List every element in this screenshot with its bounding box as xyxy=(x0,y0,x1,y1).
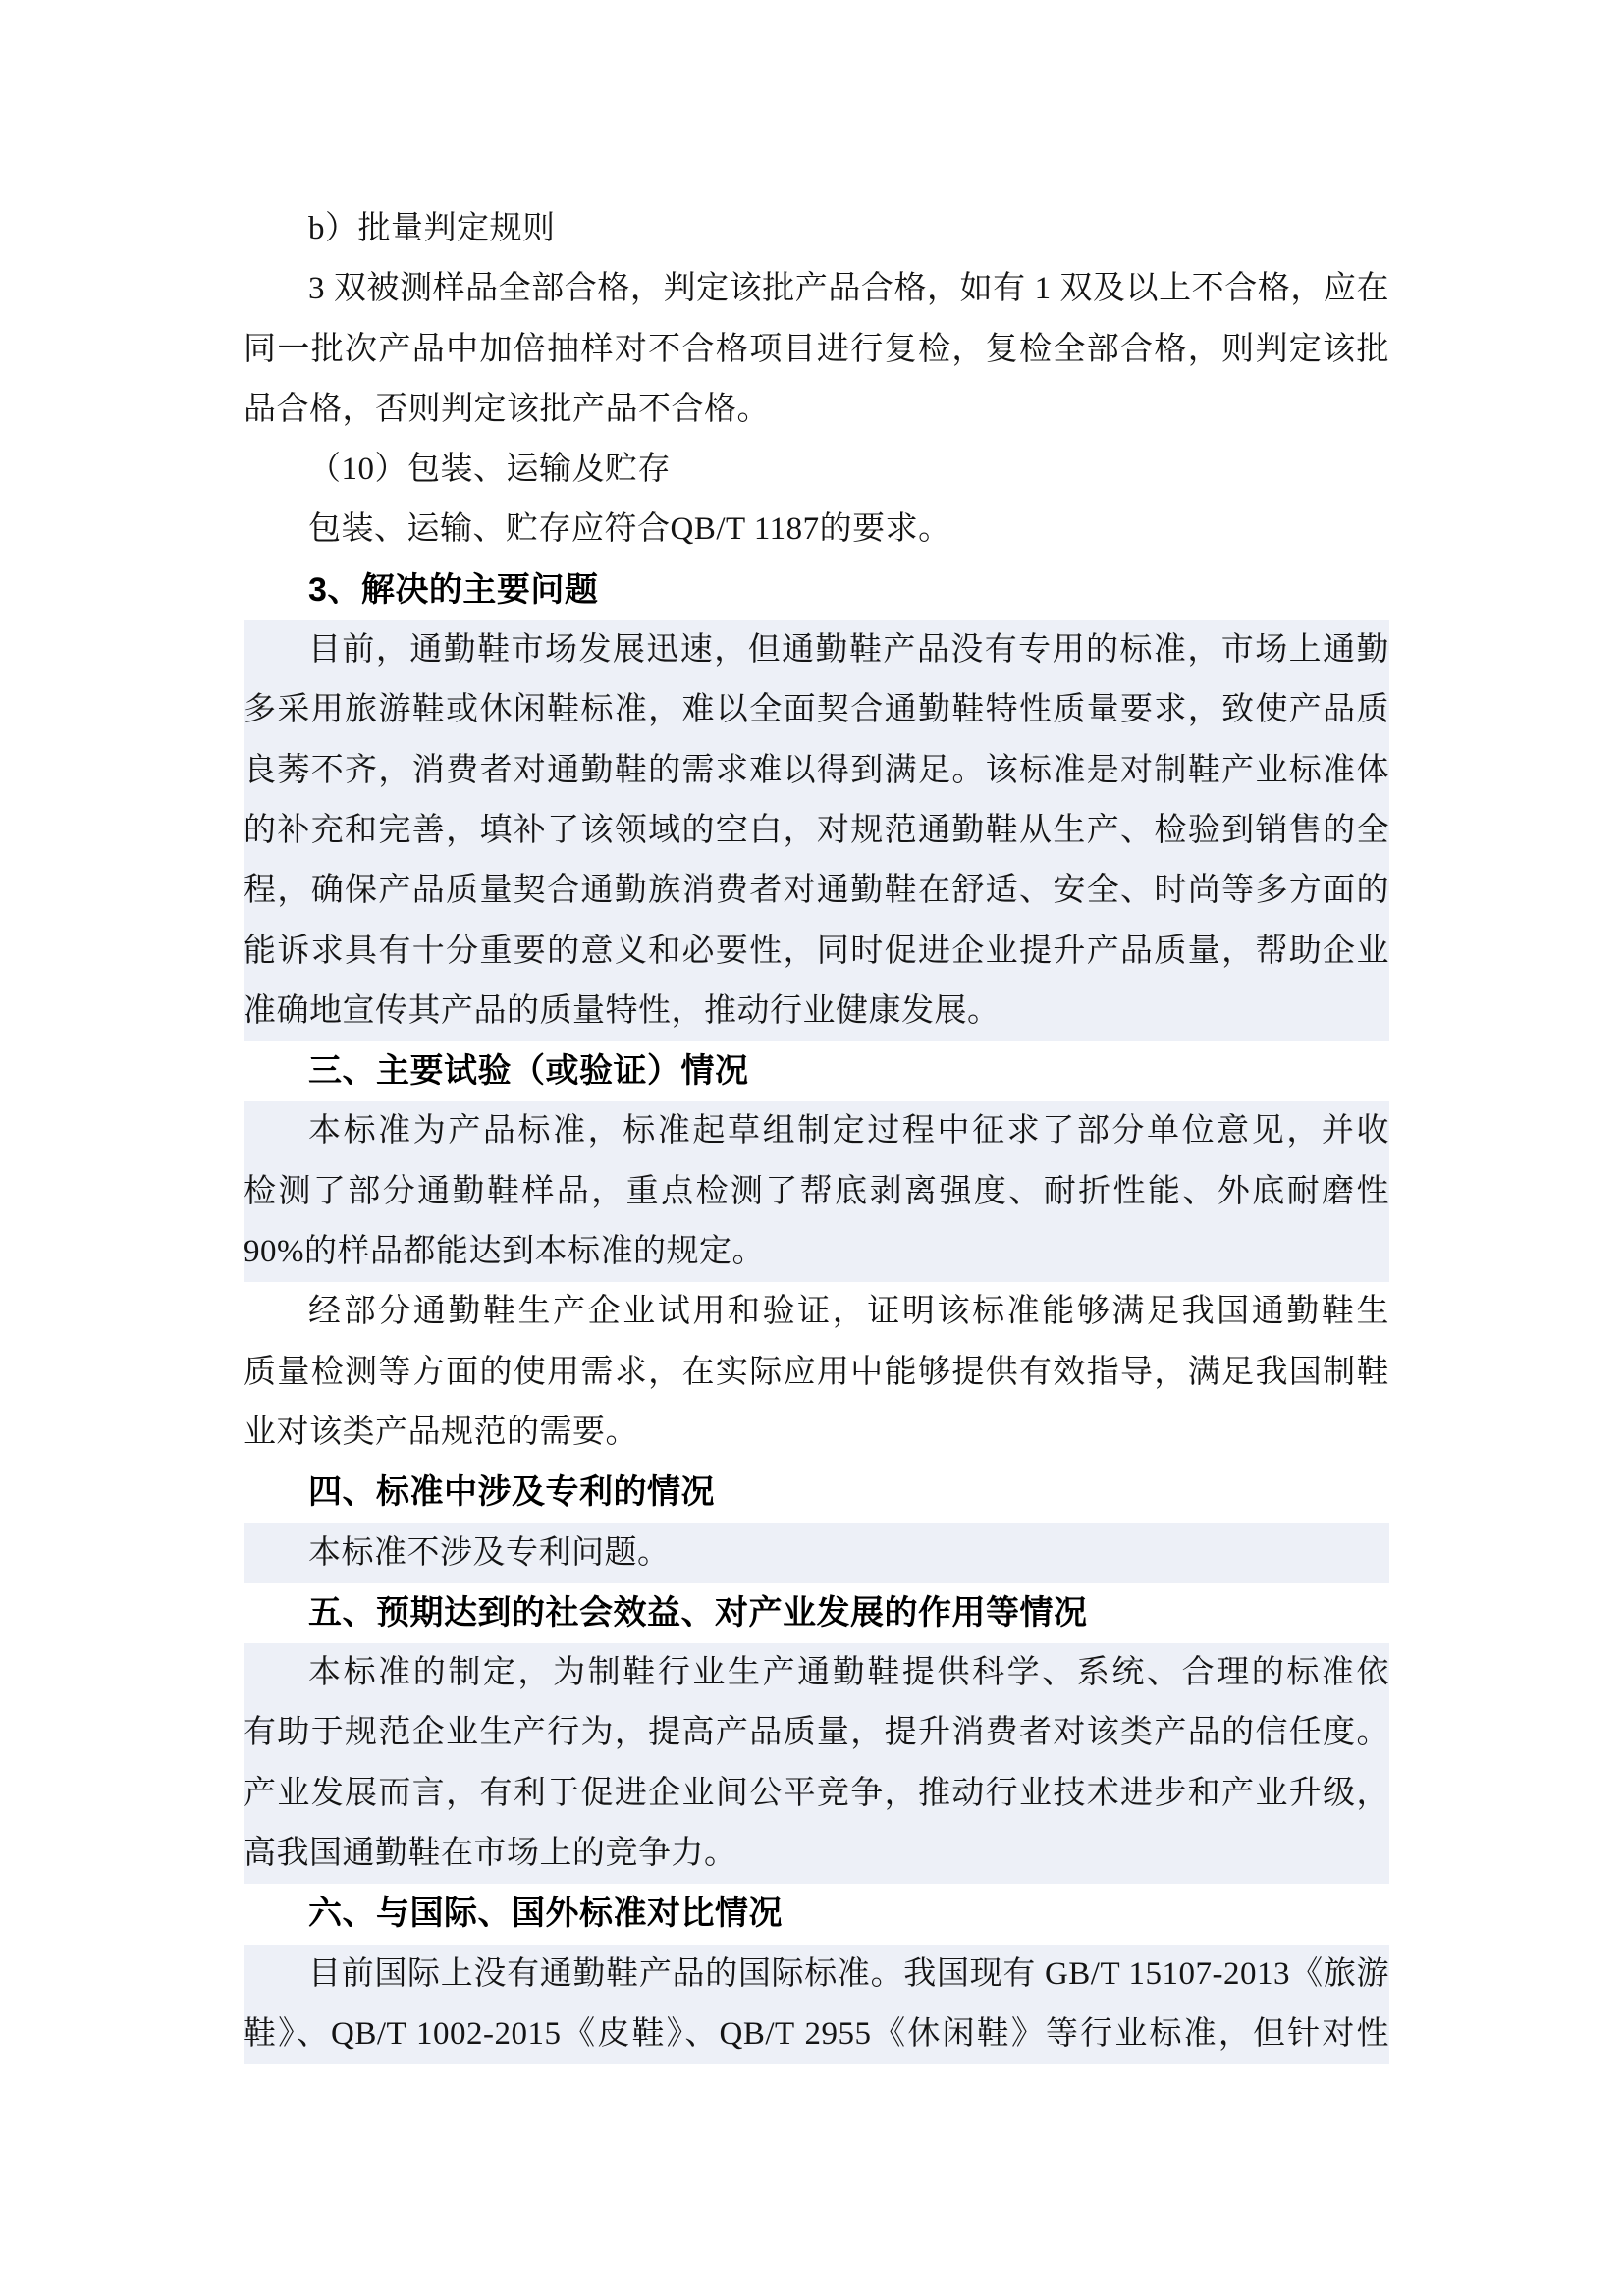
text-line: 能诉求具有十分重要的意义和必要性，同时促进企业提升产品质量，帮助企业更 xyxy=(244,922,1389,982)
text-line: 高我国通勤鞋在市场上的竞争力。 xyxy=(244,1824,1389,1884)
section-three-paragraph-1: 本标准为产品标准，标准起草组制定过程中征求了部分单位意见，并收集、检测了部分通勤… xyxy=(244,1101,1389,1282)
text-line: 本标准为产品标准，标准起草组制定过程中征求了部分单位意见，并收集、 xyxy=(244,1101,1389,1161)
text-line: 准确地宣传其产品的质量特性，推动行业健康发展。 xyxy=(244,982,1389,1041)
section-five-paragraph: 本标准的制定，为制鞋行业生产通勤鞋提供科学、系统、合理的标准依据，有助于规范企业… xyxy=(244,1643,1389,1884)
section-four-heading: 四、标准中涉及专利的情况 xyxy=(244,1463,1389,1522)
clause-10-heading: （10）包装、运输及贮存 xyxy=(244,440,1389,500)
text-line: 检测了部分通勤鞋样品，重点检测了帮底剥离强度、耐折性能、外底耐磨性能， xyxy=(244,1162,1389,1222)
section-3-paragraph: 目前，通勤鞋市场发展迅速，但通勤鞋产品没有专用的标准，市场上通勤鞋多采用旅游鞋或… xyxy=(244,620,1389,1041)
text-line: 本标准的制定，为制鞋行业生产通勤鞋提供科学、系统、合理的标准依据， xyxy=(244,1643,1389,1703)
text-line: 质量检测等方面的使用需求，在实际应用中能够提供有效指导，满足我国制鞋行 xyxy=(244,1343,1389,1403)
section-six-paragraph: 目前国际上没有通勤鞋产品的国际标准。我国现有 GB/T 15107-2013《旅… xyxy=(244,1945,1389,2065)
text-line: 五、预期达到的社会效益、对产业发展的作用等情况 xyxy=(244,1583,1389,1643)
text-line: 的补充和完善，填补了该领域的空白，对规范通勤鞋从生产、检验到销售的全流 xyxy=(244,801,1389,861)
section-five-heading: 五、预期达到的社会效益、对产业发展的作用等情况 xyxy=(244,1583,1389,1643)
text-line: 四、标准中涉及专利的情况 xyxy=(244,1463,1389,1522)
text-line: 同一批次产品中加倍抽样对不合格项目进行复检，复检全部合格，则判定该批产 xyxy=(244,320,1389,380)
text-line: 六、与国际、国外标准对比情况 xyxy=(244,1884,1389,1944)
text-line: 本标准不涉及专利问题。 xyxy=(244,1523,1389,1583)
text-line: 业对该类产品规范的需要。 xyxy=(244,1403,1389,1463)
text-line: 目前国际上没有通勤鞋产品的国际标准。我国现有 GB/T 15107-2013《旅… xyxy=(244,1945,1389,2004)
clause-b-paragraph: 3 双被测样品全部合格，判定该批产品合格，如有 1 双及以上不合格，应在同一批次… xyxy=(244,259,1389,440)
text-line: 多采用旅游鞋或休闲鞋标准，难以全面契合通勤鞋特性质量要求，致使产品质量 xyxy=(244,680,1389,740)
clause-10-paragraph: 包装、运输、贮存应符合QB/T 1187的要求。 xyxy=(244,500,1389,560)
section-three-paragraph-2: 经部分通勤鞋生产企业试用和验证，证明该标准能够满足我国通勤鞋生产、质量检测等方面… xyxy=(244,1282,1389,1463)
text-line: 鞋》、QB/T 1002-2015《皮鞋》、QB/T 2955《休闲鞋》等行业标… xyxy=(244,2004,1389,2064)
section-four-paragraph: 本标准不涉及专利问题。 xyxy=(244,1523,1389,1583)
text-line: （10）包装、运输及贮存 xyxy=(244,440,1389,500)
section-three-heading: 三、主要试验（或验证）情况 xyxy=(244,1041,1389,1101)
page-content: b）批量判定规则3 双被测样品全部合格，判定该批产品合格，如有 1 双及以上不合… xyxy=(244,199,1389,2064)
text-line: 经部分通勤鞋生产企业试用和验证，证明该标准能够满足我国通勤鞋生产、 xyxy=(244,1282,1389,1342)
text-line: 产业发展而言，有利于促进企业间公平竞争，推动行业技术进步和产业升级，提 xyxy=(244,1764,1389,1824)
text-line: 90%的样品都能达到本标准的规定。 xyxy=(244,1222,1389,1282)
clause-b-heading: b）批量判定规则 xyxy=(244,199,1389,259)
text-line: 品合格，否则判定该批产品不合格。 xyxy=(244,380,1389,440)
text-line: 三、主要试验（或验证）情况 xyxy=(244,1041,1389,1101)
text-line: b）批量判定规则 xyxy=(244,199,1389,259)
text-line: 包装、运输、贮存应符合QB/T 1187的要求。 xyxy=(244,500,1389,560)
text-line: 3、解决的主要问题 xyxy=(244,561,1389,620)
text-line: 3 双被测样品全部合格，判定该批产品合格，如有 1 双及以上不合格，应在 xyxy=(244,259,1389,319)
text-line: 程，确保产品质量契合通勤族消费者对通勤鞋在舒适、安全、时尚等多方面的功 xyxy=(244,861,1389,921)
section-six-heading: 六、与国际、国外标准对比情况 xyxy=(244,1884,1389,1944)
document-page: b）批量判定规则3 双被测样品全部合格，判定该批产品合格，如有 1 双及以上不合… xyxy=(0,0,1624,2296)
text-line: 良莠不齐，消费者对通勤鞋的需求难以得到满足。该标准是对制鞋产业标准体系 xyxy=(244,741,1389,801)
text-line: 目前，通勤鞋市场发展迅速，但通勤鞋产品没有专用的标准，市场上通勤鞋 xyxy=(244,620,1389,680)
section-3-heading: 3、解决的主要问题 xyxy=(244,561,1389,620)
text-line: 有助于规范企业生产行为，提高产品质量，提升消费者对该类产品的信任度。对 xyxy=(244,1703,1389,1763)
